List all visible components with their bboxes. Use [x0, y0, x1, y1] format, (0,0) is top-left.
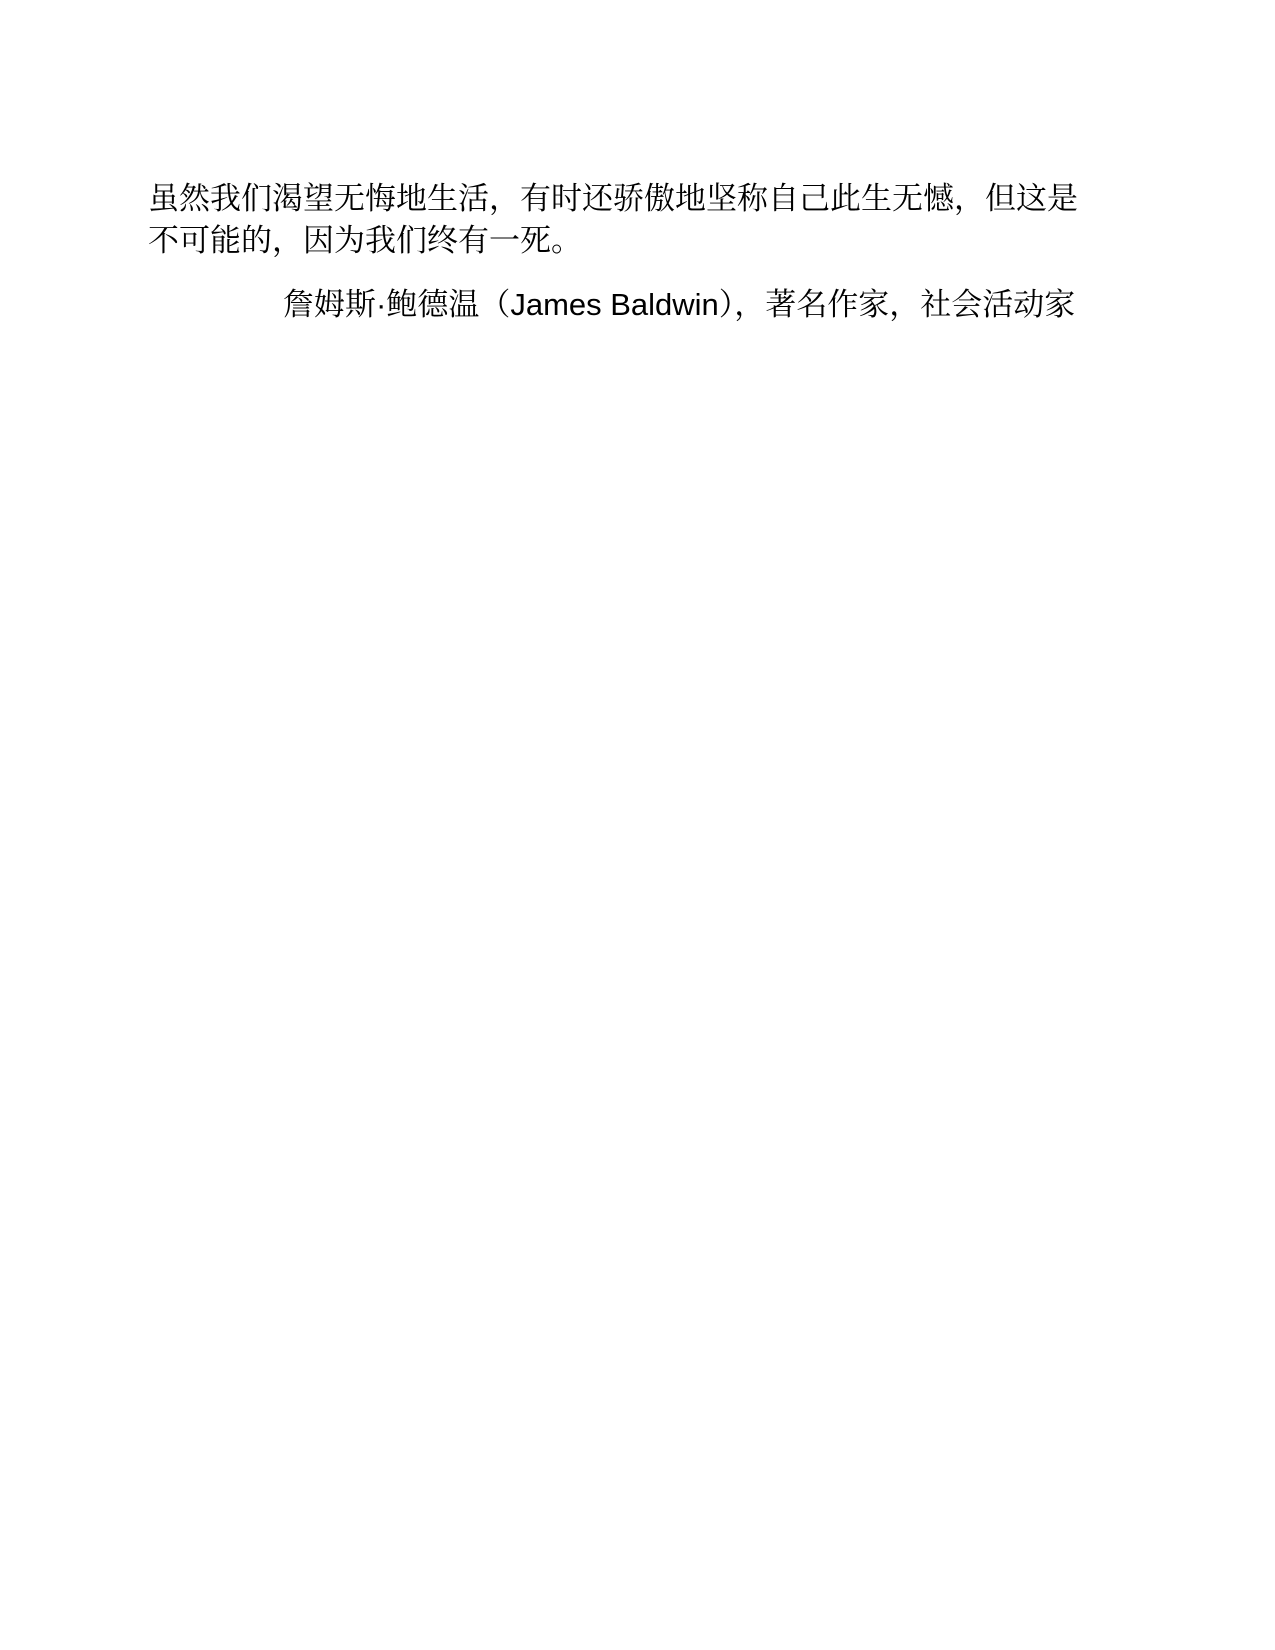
quote-line-1: 虽然我们渴望无悔地生活，有时还骄傲地坚称自己此生无憾，但这是	[148, 178, 1115, 220]
quote-line-2: 不可能的，因为我们终有一死。	[148, 220, 1115, 262]
quote-paragraph: 虽然我们渴望无悔地生活，有时还骄傲地坚称自己此生无憾，但这是 不可能的，因为我们…	[148, 178, 1115, 262]
quote-attribution: 詹姆斯·鲍德温（James Baldwin），著名作家，社会活动家	[283, 284, 1075, 326]
document-page: 虽然我们渴望无悔地生活，有时还骄傲地坚称自己此生无憾，但这是 不可能的，因为我们…	[0, 0, 1275, 1650]
